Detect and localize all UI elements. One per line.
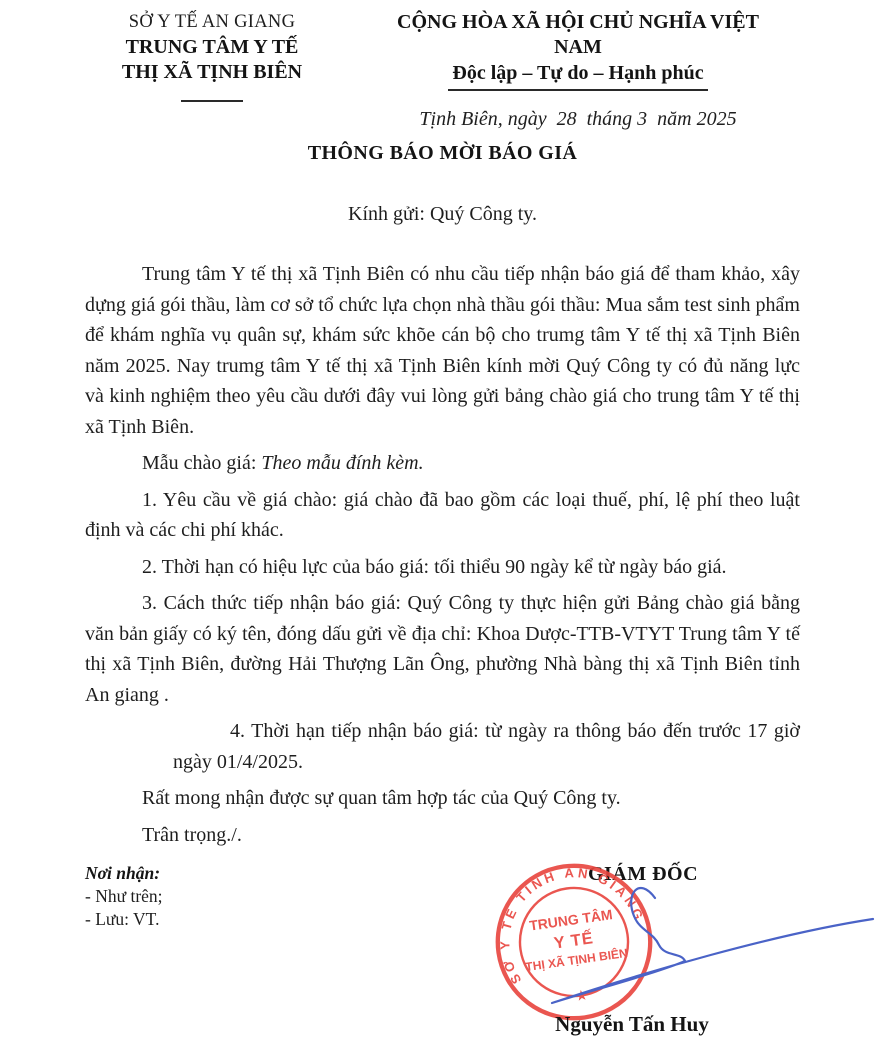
intro-paragraph: Trung tâm Y tế thị xã Tịnh Biên có nhu c…	[85, 259, 800, 442]
recipient-line-1: - Như trên;	[85, 885, 163, 908]
header-national-block: CỘNG HÒA XÃ HỘI CHỦ NGHĨA VIỆT NAM Độc l…	[377, 10, 779, 132]
salutation: Kính gửi: Quý Công ty.	[85, 199, 800, 230]
closing-regards: Trân trọng./.	[85, 820, 800, 851]
parent-department-name: SỞ Y TẾ AN GIANG	[103, 10, 321, 35]
national-title: CỘNG HÒA XÃ HỘI CHỦ NGHĨA VIỆT NAM	[377, 10, 779, 60]
item-2-validity-period: 2. Thời hạn có hiệu lực của báo giá: tối…	[85, 552, 800, 583]
national-motto: Độc lập – Tự do – Hạnh phúc	[448, 61, 707, 91]
quote-form-line: Mẫu chào giá: Theo mẫu đính kèm.	[85, 448, 800, 479]
quote-form-label: Mẫu chào giá:	[142, 452, 261, 474]
letter-body: THÔNG BÁO MỜI BÁO GIÁ Kính gửi: Quý Công…	[85, 138, 800, 856]
quote-form-value: Theo mẫu đính kèm.	[261, 452, 423, 474]
item-3-submission-method: 3. Cách thức tiếp nhận báo giá: Quý Công…	[85, 588, 800, 710]
document-title: THÔNG BÁO MỜI BÁO GIÁ	[85, 138, 800, 169]
signer-name: Nguyễn Tấn Huy	[538, 1012, 726, 1037]
org-name-line1: TRUNG TÂM Y TẾ	[103, 35, 321, 60]
header-issuing-org: SỞ Y TẾ AN GIANG TRUNG TÂM Y TẾ THỊ XÃ T…	[103, 10, 321, 110]
item-1-price-requirement: 1. Yêu cầu về giá chào: giá chào đã bao …	[85, 485, 800, 546]
closing-thanks: Rất mong nhận được sự quan tâm hợp tác c…	[85, 783, 800, 814]
org-name-line2: THỊ XÃ TỊNH BIÊN	[103, 60, 321, 85]
recipients-block: Nơi nhận: - Như trên; - Lưu: VT.	[85, 862, 163, 931]
scanned-official-letter: SỞ Y TẾ AN GIANG TRUNG TÂM Y TẾ THỊ XÃ T…	[0, 0, 877, 1057]
item-4-deadline: 4. Thời hạn tiếp nhận báo giá: từ ngày r…	[85, 716, 800, 777]
signature-scribble	[535, 872, 877, 1012]
recipients-label: Nơi nhận:	[85, 862, 163, 885]
recipient-line-2: - Lưu: VT.	[85, 908, 163, 931]
dateline: Tịnh Biên, ngày 28 tháng 3 năm 2025	[377, 107, 779, 132]
header-left-rule	[181, 96, 243, 102]
